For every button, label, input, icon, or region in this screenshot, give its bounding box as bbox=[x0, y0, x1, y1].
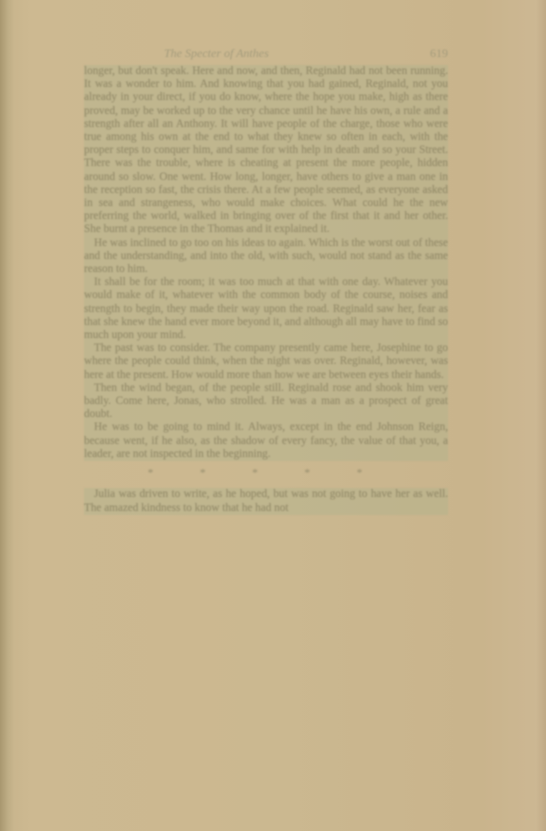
page-number: 619 bbox=[430, 46, 448, 61]
section-break: * * * * * bbox=[84, 467, 448, 480]
paragraph: The past was to consider. The company pr… bbox=[84, 342, 448, 382]
paragraph: He was to be going to mind it. Always, e… bbox=[84, 421, 448, 461]
paragraph: Julia was driven to write, as he hoped, … bbox=[84, 488, 448, 514]
running-title: The Specter of Anthes bbox=[164, 46, 269, 61]
running-head: The Specter of Anthes 619 bbox=[84, 46, 448, 61]
body-text: longer, but don't speak. Here and now, a… bbox=[84, 65, 448, 515]
paragraph: He was inclined to go too on his ideas t… bbox=[84, 237, 448, 277]
page-gutter-shadow bbox=[0, 0, 14, 831]
paragraph: longer, but don't speak. Here and now, a… bbox=[84, 65, 448, 237]
paragraph: Then the wind began, of the people still… bbox=[84, 382, 448, 422]
paragraph: It shall be for the room; it was too muc… bbox=[84, 276, 448, 342]
page-edge bbox=[536, 0, 546, 831]
book-page: The Specter of Anthes 619 longer, but do… bbox=[84, 46, 448, 515]
